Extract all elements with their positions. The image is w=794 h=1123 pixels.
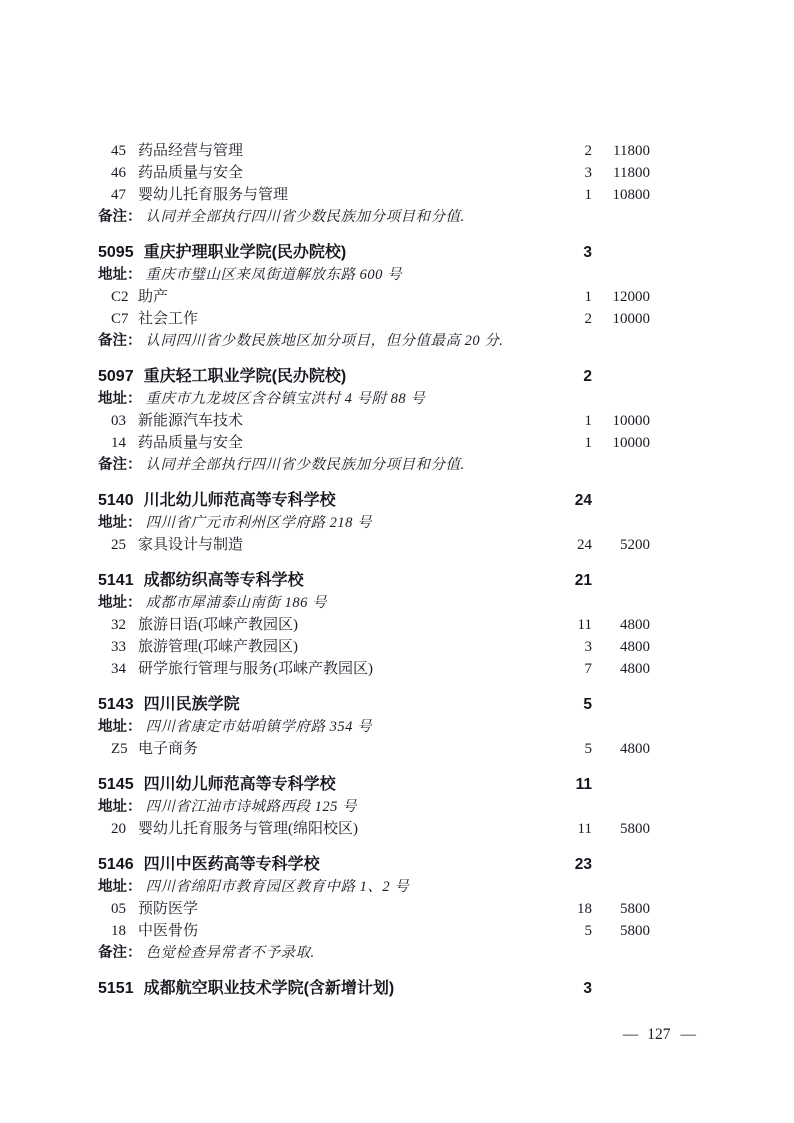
major-row: 33 旅游管理(邛崃产教园区) 3 4800: [98, 635, 650, 657]
major-count: 11: [550, 617, 592, 634]
address-label: 地址：: [98, 591, 142, 612]
address-row: 地址： 四川省江油市诗城路西段 125 号: [98, 795, 650, 817]
address-row: 地址： 四川省绵阳市教育园区教育中路 1、2 号: [98, 875, 650, 897]
major-count: 11: [550, 821, 592, 838]
major-name: 婴幼儿托育服务与管理: [138, 183, 550, 204]
major-code: C2: [111, 289, 131, 306]
address-row: 地址： 四川省康定市姑咱镇学府路 354 号: [98, 715, 650, 737]
major-count: 24: [550, 537, 592, 554]
major-row: 45 药品经营与管理 2 11800: [98, 139, 650, 161]
major-code: 33: [111, 639, 131, 656]
address-label: 地址：: [98, 715, 142, 736]
major-count: 5: [550, 741, 592, 758]
school-name: 成都航空职业技术学院(含新增计划): [144, 975, 550, 998]
major-count: 1: [550, 187, 592, 204]
major-name: 研学旅行管理与服务(邛崃产教园区): [138, 657, 550, 678]
page-number: 127: [647, 1026, 670, 1043]
note-label: 备注：: [98, 329, 142, 350]
page-dash-right: —: [681, 1026, 696, 1043]
school-code: 5097: [98, 368, 134, 386]
major-fee: 4800: [592, 661, 650, 678]
school-section: 5141 成都纺织高等专科学校 21 地址： 成都市犀浦泰山南街 186 号 3…: [98, 567, 650, 679]
major-fee: 5800: [592, 923, 650, 940]
school-header: 5141 成都纺织高等专科学校 21: [98, 567, 650, 591]
school-section: 5145 四川幼儿师范高等专科学校 11 地址： 四川省江油市诗城路西段 125…: [98, 771, 650, 839]
major-fee: 10000: [592, 435, 650, 452]
school-code: 5143: [98, 696, 134, 714]
school-total-count: 23: [550, 856, 592, 874]
note-label: 备注：: [98, 205, 142, 226]
address-row: 地址： 成都市犀浦泰山南街 186 号: [98, 591, 650, 613]
major-code: 47: [111, 187, 131, 204]
major-name: 旅游日语(邛崃产教园区): [138, 613, 550, 634]
major-row: 25 家具设计与制造 24 5200: [98, 533, 650, 555]
school-name: 重庆护理职业学院(民办院校): [144, 239, 550, 262]
major-code: 25: [111, 537, 131, 554]
address-label: 地址：: [98, 263, 142, 284]
major-code: 32: [111, 617, 131, 634]
address-text: 重庆市九龙坡区含谷镇宝洪村 4 号附 88 号: [146, 387, 426, 408]
major-fee: 10000: [592, 413, 650, 430]
school-code: 5141: [98, 572, 134, 590]
major-fee: 10000: [592, 311, 650, 328]
page-footer: —127—: [623, 1026, 695, 1044]
major-row: 47 婴幼儿托育服务与管理 1 10800: [98, 183, 650, 205]
major-name: 电子商务: [138, 737, 550, 758]
school-name: 成都纺织高等专科学校: [144, 567, 550, 590]
major-count: 5: [550, 923, 592, 940]
school-name: 四川民族学院: [144, 691, 550, 714]
major-code: 45: [111, 143, 131, 160]
school-code: 5145: [98, 776, 134, 794]
major-name: 药品质量与安全: [138, 431, 550, 452]
major-fee: 11800: [592, 165, 650, 182]
major-fee: 10800: [592, 187, 650, 204]
school-total-count: 5: [550, 696, 592, 714]
address-text: 四川省广元市利州区学府路 218 号: [146, 511, 373, 532]
note-text: 色觉检查异常者不予录取.: [146, 941, 315, 962]
note-text: 认同并全部执行四川省少数民族加分项目和分值.: [146, 453, 465, 474]
school-total-count: 3: [550, 244, 592, 262]
major-fee: 5800: [592, 821, 650, 838]
address-text: 四川省江油市诗城路西段 125 号: [146, 795, 358, 816]
note-row: 备注： 认同四川省少数民族地区加分项目，但分值最高 20 分.: [98, 329, 650, 351]
school-name: 川北幼儿师范高等专科学校: [144, 487, 550, 510]
major-name: 旅游管理(邛崃产教园区): [138, 635, 550, 656]
major-name: 药品经营与管理: [138, 139, 550, 160]
major-count: 1: [550, 413, 592, 430]
major-fee: 11800: [592, 143, 650, 160]
school-code: 5151: [98, 980, 134, 998]
school-name: 四川中医药高等专科学校: [144, 851, 550, 874]
content-column: 45 药品经营与管理 2 11800 46 药品质量与安全 3 11800 47…: [98, 139, 650, 999]
school-code: 5095: [98, 244, 134, 262]
school-header: 5140 川北幼儿师范高等专科学校 24: [98, 487, 650, 511]
major-row: 03 新能源汽车技术 1 10000: [98, 409, 650, 431]
school-header: 5145 四川幼儿师范高等专科学校 11: [98, 771, 650, 795]
address-text: 成都市犀浦泰山南街 186 号: [146, 591, 328, 612]
school-header: 5095 重庆护理职业学院(民办院校) 3: [98, 239, 650, 263]
school-total-count: 2: [550, 368, 592, 386]
major-code: 03: [111, 413, 131, 430]
school-code: 5140: [98, 492, 134, 510]
major-name: 预防医学: [138, 897, 550, 918]
major-fee: 12000: [592, 289, 650, 306]
note-label: 备注：: [98, 941, 142, 962]
major-name: 家具设计与制造: [138, 533, 550, 554]
major-code: 18: [111, 923, 131, 940]
school-total-count: 24: [550, 492, 592, 510]
major-code: Z5: [111, 741, 131, 758]
school-header: 5097 重庆轻工职业学院(民办院校) 2: [98, 363, 650, 387]
document-page: 45 药品经营与管理 2 11800 46 药品质量与安全 3 11800 47…: [0, 0, 794, 1123]
page-dash-left: —: [623, 1026, 638, 1043]
major-row: C7 社会工作 2 10000: [98, 307, 650, 329]
major-row: 18 中医骨伤 5 5800: [98, 919, 650, 941]
major-name: 婴幼儿托育服务与管理(绵阳校区): [138, 817, 550, 838]
major-count: 3: [550, 639, 592, 656]
address-text: 重庆市璧山区来凤街道解放东路 600 号: [146, 263, 403, 284]
address-text: 四川省康定市姑咱镇学府路 354 号: [146, 715, 373, 736]
school-header: 5151 成都航空职业技术学院(含新增计划) 3: [98, 975, 650, 999]
major-count: 1: [550, 435, 592, 452]
major-fee: 4800: [592, 741, 650, 758]
major-fee: 5200: [592, 537, 650, 554]
address-label: 地址：: [98, 795, 142, 816]
major-count: 18: [550, 901, 592, 918]
major-name: 药品质量与安全: [138, 161, 550, 182]
note-row: 备注： 色觉检查异常者不予录取.: [98, 941, 650, 963]
major-count: 7: [550, 661, 592, 678]
address-row: 地址： 重庆市璧山区来凤街道解放东路 600 号: [98, 263, 650, 285]
major-row: 05 预防医学 18 5800: [98, 897, 650, 919]
major-row: 20 婴幼儿托育服务与管理(绵阳校区) 11 5800: [98, 817, 650, 839]
major-code: 14: [111, 435, 131, 452]
school-total-count: 21: [550, 572, 592, 590]
major-row: 32 旅游日语(邛崃产教园区) 11 4800: [98, 613, 650, 635]
major-code: 20: [111, 821, 131, 838]
major-name: 新能源汽车技术: [138, 409, 550, 430]
major-row: 46 药品质量与安全 3 11800: [98, 161, 650, 183]
major-name: 助产: [138, 285, 550, 306]
note-row: 备注： 认同并全部执行四川省少数民族加分项目和分值.: [98, 453, 650, 475]
major-row: 34 研学旅行管理与服务(邛崃产教园区) 7 4800: [98, 657, 650, 679]
address-label: 地址：: [98, 511, 142, 532]
address-label: 地址：: [98, 875, 142, 896]
address-label: 地址：: [98, 387, 142, 408]
major-row: C2 助产 1 12000: [98, 285, 650, 307]
major-row: Z5 电子商务 5 4800: [98, 737, 650, 759]
school-section: 5095 重庆护理职业学院(民办院校) 3 地址： 重庆市璧山区来凤街道解放东路…: [98, 239, 650, 351]
school-header: 5146 四川中医药高等专科学校 23: [98, 851, 650, 875]
school-section: 5151 成都航空职业技术学院(含新增计划) 3: [98, 975, 650, 999]
major-count: 1: [550, 289, 592, 306]
school-section: 5140 川北幼儿师范高等专科学校 24 地址： 四川省广元市利州区学府路 21…: [98, 487, 650, 555]
school-name: 四川幼儿师范高等专科学校: [144, 771, 550, 794]
address-text: 四川省绵阳市教育园区教育中路 1、2 号: [146, 875, 410, 896]
school-header: 5143 四川民族学院 5: [98, 691, 650, 715]
major-name: 社会工作: [138, 307, 550, 328]
school-name: 重庆轻工职业学院(民办院校): [144, 363, 550, 386]
major-count: 3: [550, 165, 592, 182]
school-section: 5146 四川中医药高等专科学校 23 地址： 四川省绵阳市教育园区教育中路 1…: [98, 851, 650, 963]
major-fee: 4800: [592, 617, 650, 634]
note-label: 备注：: [98, 453, 142, 474]
school-section: 45 药品经营与管理 2 11800 46 药品质量与安全 3 11800 47…: [98, 139, 650, 227]
major-name: 中医骨伤: [138, 919, 550, 940]
school-section: 5097 重庆轻工职业学院(民办院校) 2 地址： 重庆市九龙坡区含谷镇宝洪村 …: [98, 363, 650, 475]
note-text: 认同并全部执行四川省少数民族加分项目和分值.: [146, 205, 465, 226]
school-section: 5143 四川民族学院 5 地址： 四川省康定市姑咱镇学府路 354 号 Z5 …: [98, 691, 650, 759]
major-count: 2: [550, 311, 592, 328]
major-code: 34: [111, 661, 131, 678]
address-row: 地址： 重庆市九龙坡区含谷镇宝洪村 4 号附 88 号: [98, 387, 650, 409]
note-row: 备注： 认同并全部执行四川省少数民族加分项目和分值.: [98, 205, 650, 227]
major-code: C7: [111, 311, 131, 328]
major-fee: 4800: [592, 639, 650, 656]
major-code: 46: [111, 165, 131, 182]
school-total-count: 11: [550, 776, 592, 794]
school-code: 5146: [98, 856, 134, 874]
major-fee: 5800: [592, 901, 650, 918]
note-text: 认同四川省少数民族地区加分项目，但分值最高 20 分.: [146, 329, 504, 350]
school-total-count: 3: [550, 980, 592, 998]
major-count: 2: [550, 143, 592, 160]
address-row: 地址： 四川省广元市利州区学府路 218 号: [98, 511, 650, 533]
major-code: 05: [111, 901, 131, 918]
major-row: 14 药品质量与安全 1 10000: [98, 431, 650, 453]
